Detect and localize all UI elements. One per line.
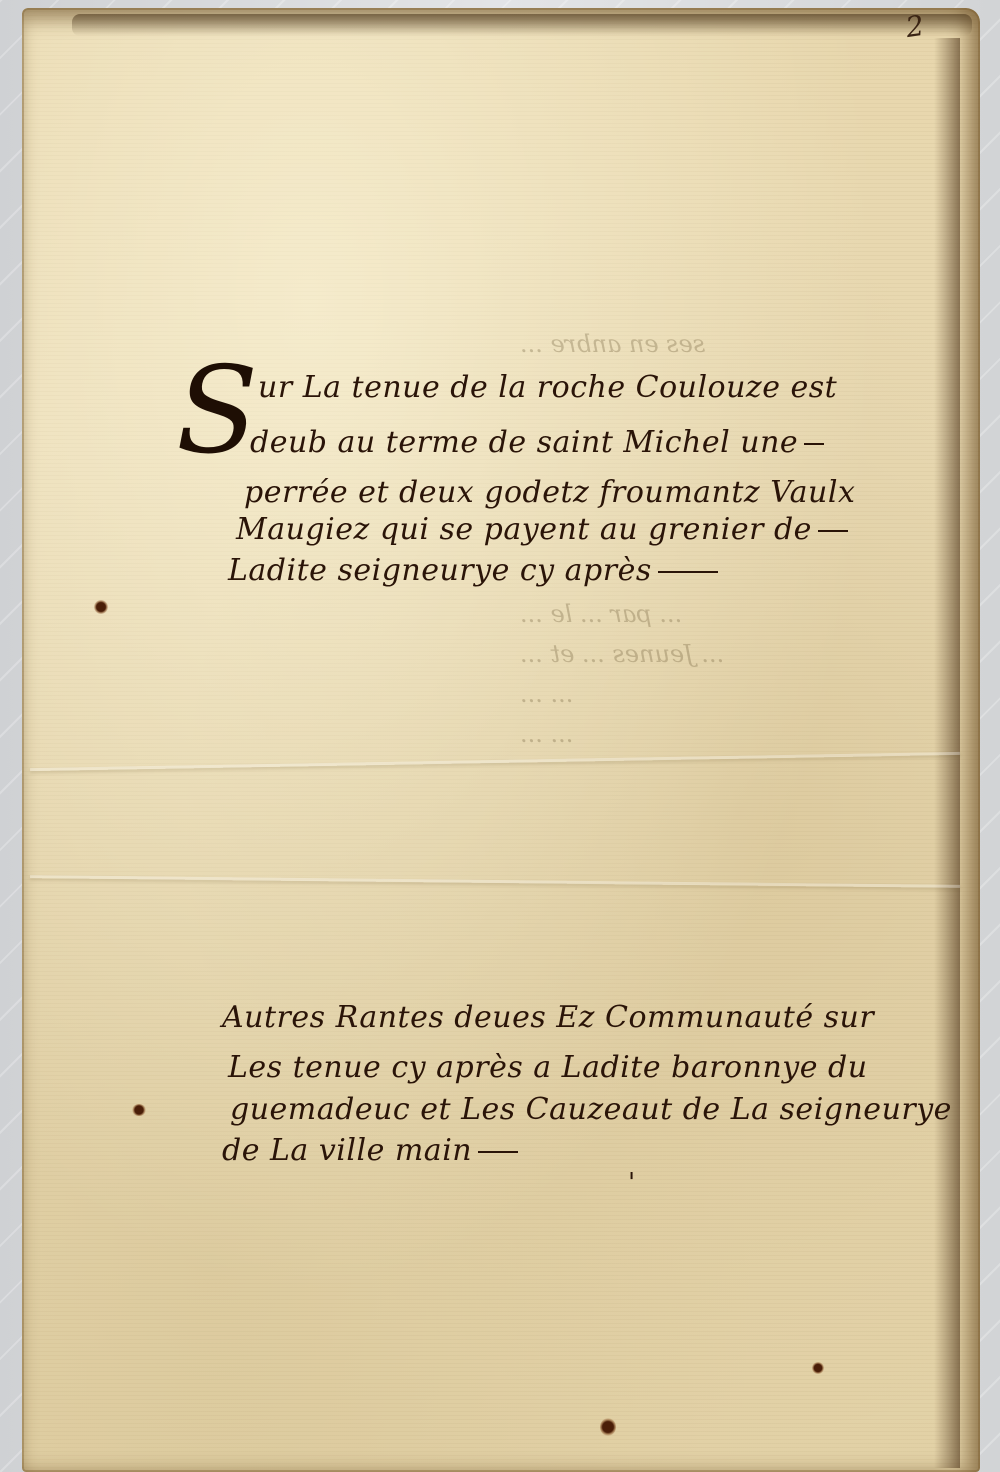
text-line: perrée et deux godetz froumantz Vaulx <box>244 475 855 510</box>
decorated-initial: S <box>176 352 258 472</box>
ink-stain <box>132 1104 146 1116</box>
manuscript-page <box>22 8 980 1472</box>
text-line: guemadeuc et Les Cauzeaut de La seigneur… <box>230 1092 952 1127</box>
text-line: Maugiez qui se payent au grenier de <box>236 512 848 547</box>
small-ink-mark: ' <box>628 1168 635 1198</box>
text-line: ur La tenue de la roche Coulouze est <box>258 370 837 405</box>
text-line: Les tenue cy après a Ladite baronnye du <box>228 1050 868 1085</box>
bleed-through-line: ... ... <box>520 720 573 748</box>
bleed-through-line: ... Jeunes ... et ... <box>520 640 724 668</box>
ink-stain <box>600 1418 616 1436</box>
ink-stain <box>94 600 108 614</box>
text-line: Ladite seigneurye cy après <box>228 553 718 588</box>
text-line: Autres Rantes deues Ez Communauté sur <box>222 1000 874 1035</box>
bleed-through-line: ... par ... le ... <box>520 600 682 628</box>
bleed-through-line: ses en anbre ... <box>520 330 705 358</box>
ink-stain <box>812 1362 824 1374</box>
text-line: de La ville main <box>222 1133 518 1168</box>
bleed-through-line: ... ... <box>520 680 573 708</box>
page-top-edge-damage <box>72 14 972 36</box>
text-line: deub au terme de saint Michel une <box>250 425 824 460</box>
